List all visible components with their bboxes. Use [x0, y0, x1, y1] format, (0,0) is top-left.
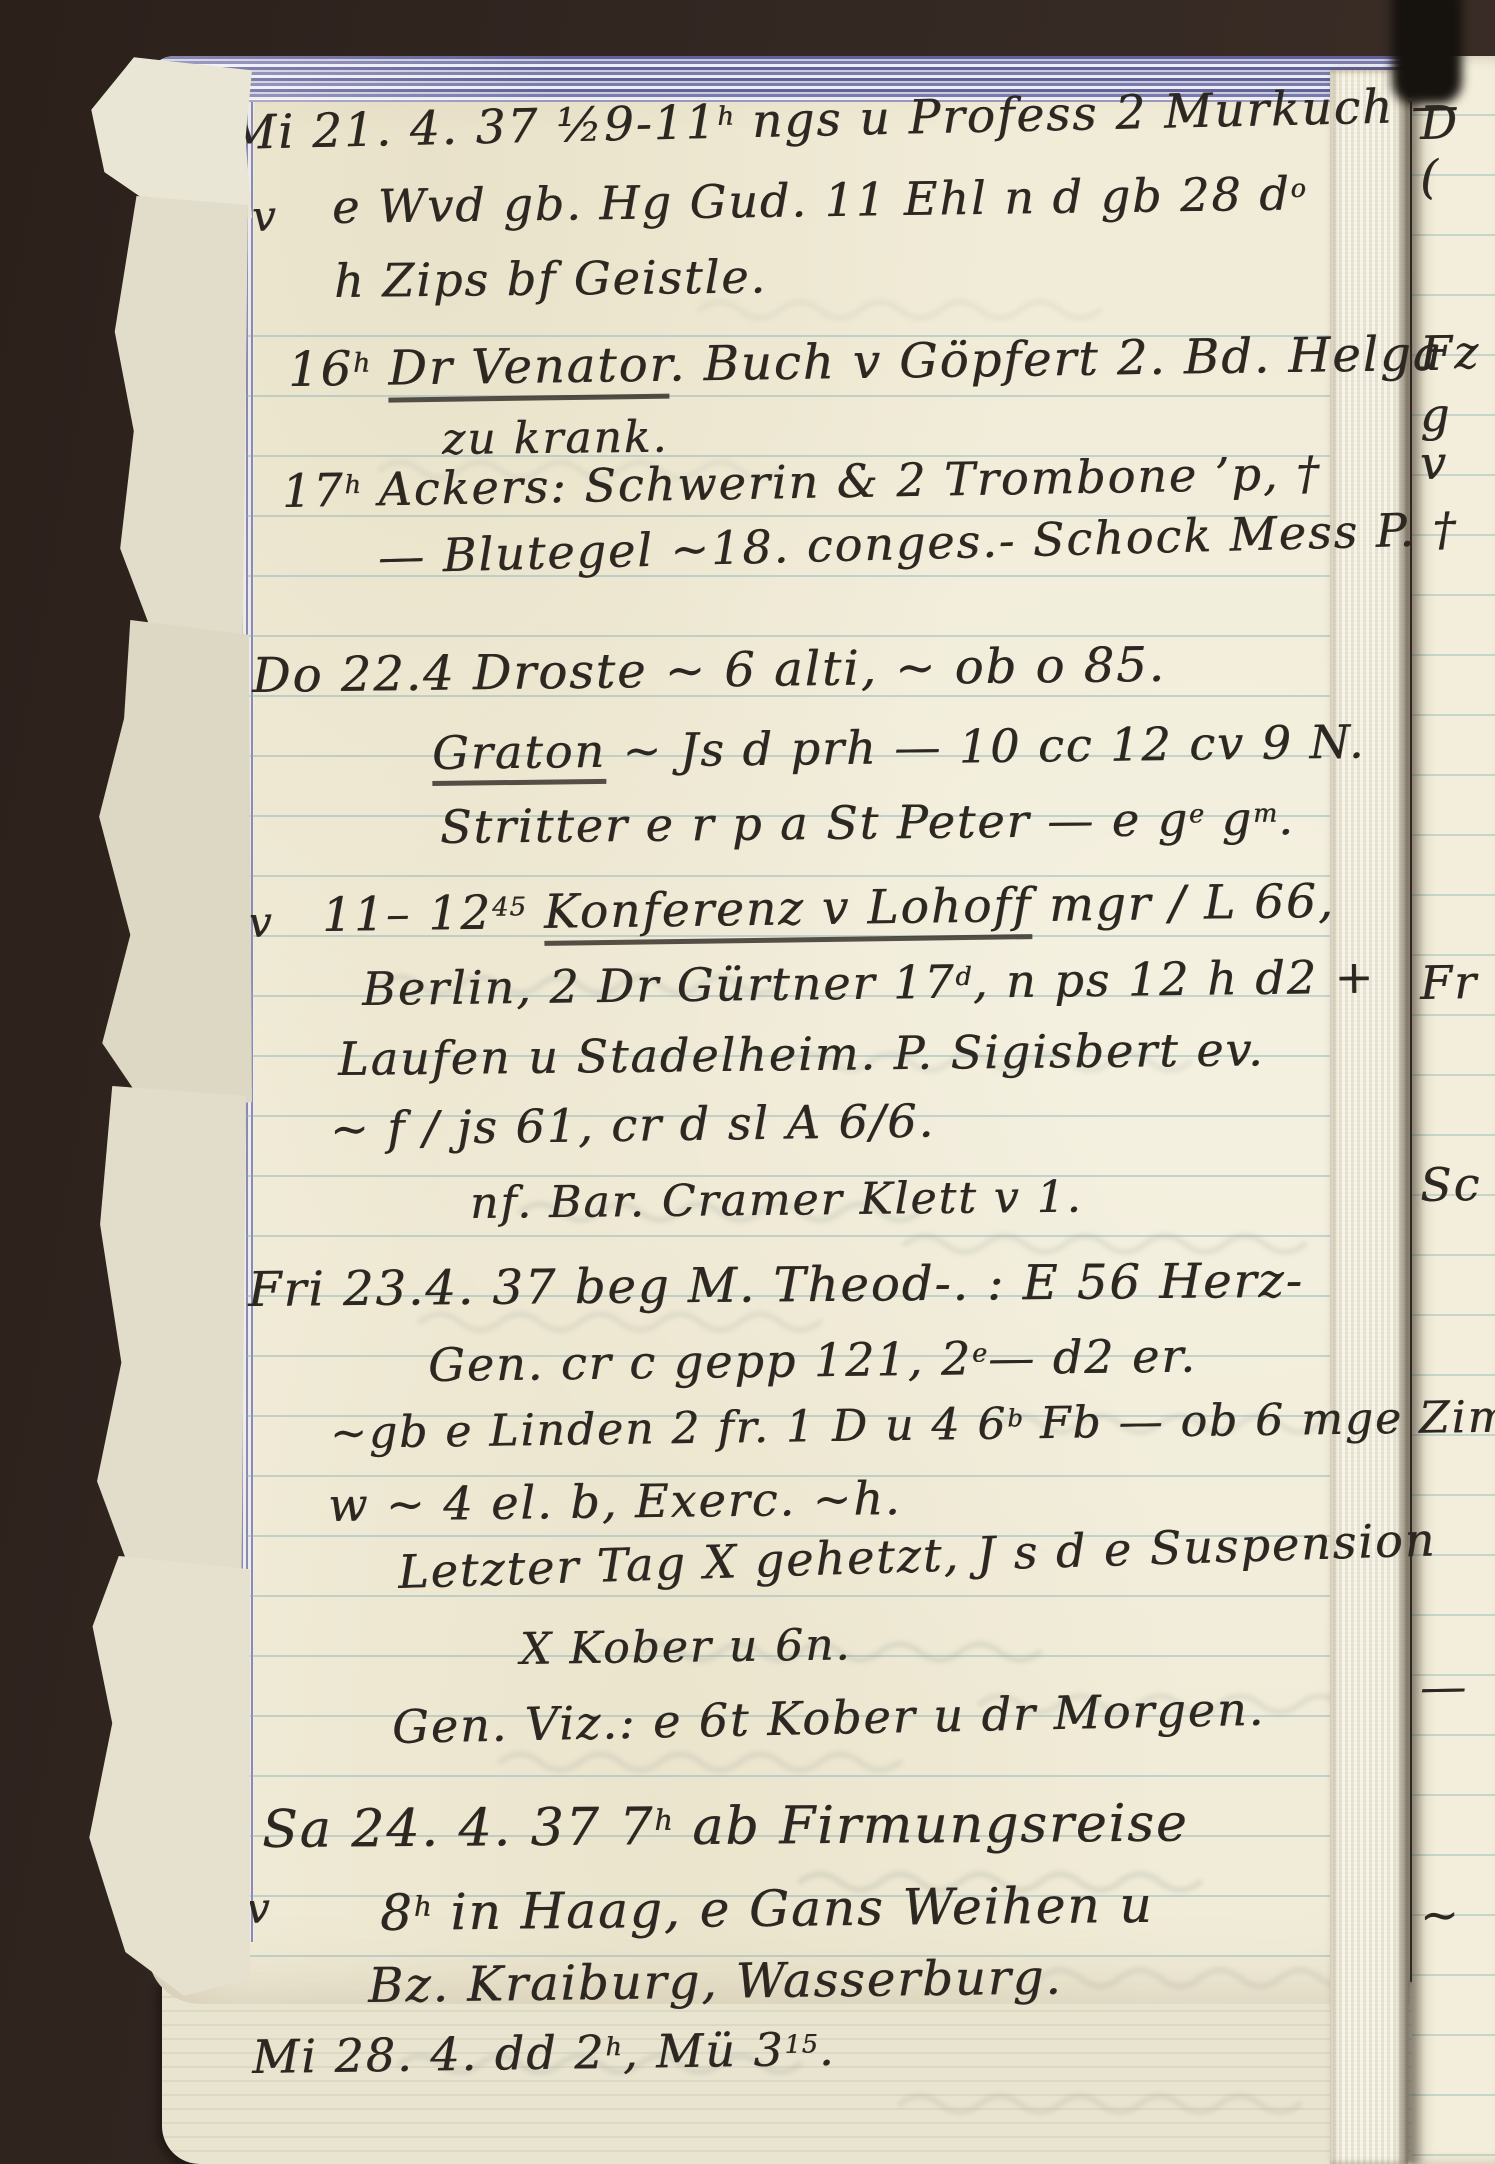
handwriting-line: Fri 23.4. 37 beg M. Theod-. : E 56 Herz- — [248, 1253, 1304, 1318]
right-page-fragment: Fr — [1420, 955, 1479, 1010]
handwriting-line: 11– 1245 Konferenz v Lohoff mgr / L 66, — [322, 874, 1336, 943]
handwriting-line: 8h in Haag, e Gans Weihen u — [380, 1876, 1154, 1942]
handwriting-line: Gen. cr c gepp 121, 2e— d2 er. — [428, 1329, 1197, 1392]
right-page-fragment: v — [1420, 436, 1449, 490]
right-page-fragment: ~ — [1420, 1887, 1461, 1942]
handwriting-line: Stritter e r p a St Peter — e ge gm. — [440, 791, 1295, 854]
handwriting-line: Do 22.4 Droste ~ 6 alti, ~ ob o 85. — [252, 637, 1167, 704]
handwriting-line: 16h Dr Venator. Buch v Göpfert 2. Bd. He… — [288, 326, 1444, 398]
handwriting-line: X Kober u 6n. — [520, 1619, 852, 1675]
handwriting-line: Berlin, 2 Dr Gürtner 17d, n ps 12 h d2 + — [362, 950, 1376, 1016]
right-page-fragment: — — [1420, 1659, 1469, 1714]
handwriting-line: ~gb e Linden 2 fr. 1 D u 4 6b Fb — ob 6 … — [330, 1391, 1495, 1459]
handwriting-line: Bz. Kraiburg, Wasserburg. — [368, 1950, 1063, 2014]
handwriting-line: Mi 21. 4. 37 ½9-11h ngs u Profess 2 Murk… — [227, 78, 1460, 161]
right-page-fragment: g — [1420, 387, 1452, 442]
handwriting-line: Gen. Viz.: e 6t Kober u dr Morgen. — [391, 1682, 1265, 1754]
notebook-photo: Mi 21. 4. 37 ½9-11h ngs u Profess 2 Murk… — [0, 0, 1495, 2164]
right-page-fragment: D — [1420, 95, 1460, 150]
handwriting-line: w ~ 4 el. b, Exerc. ~h. — [328, 1471, 902, 1532]
handwriting-line: Sa 24. 4. 37 7h ab Firmungsreise — [262, 1794, 1189, 1860]
torn-paper-scrap — [112, 196, 248, 648]
right-page-fragment: Sc — [1420, 1157, 1482, 1212]
handwriting-line: Laufen u Stadelheim. P. Sigisbert ev. — [338, 1022, 1265, 1086]
margin-mark: v — [251, 191, 278, 241]
handwriting-line: ~ f / js 61, cr d sl A 6/6. — [330, 1094, 936, 1156]
right-page-fragment: ( — [1420, 150, 1441, 204]
right-page-fragment: Fz — [1420, 325, 1481, 380]
handwriting-line: e Wvd gb. Hg Gud. 11 Ehl n d gb 28 do — [332, 166, 1308, 234]
handwriting-line: 17h Ackers: Schwerin & 2 Trombone ’p, † — [282, 446, 1322, 518]
handwriting-line: Graton ~ Js d prh — 10 cc 12 cv 9 N. — [432, 715, 1366, 780]
torn-paper-scrap — [94, 1086, 246, 1580]
handwriting-line: nf. Bar. Cramer Klett v 1. — [470, 1172, 1083, 1229]
margin-mark: v — [247, 897, 274, 947]
handwriting-line: Mi 28. 4. dd 2h, Mü 315. — [252, 2022, 836, 2084]
handwriting-line: h Zips bf Geistle. — [334, 249, 768, 308]
handwriting-line: — Blutegel ~18. conges.- Schock Mess P. … — [377, 502, 1458, 584]
